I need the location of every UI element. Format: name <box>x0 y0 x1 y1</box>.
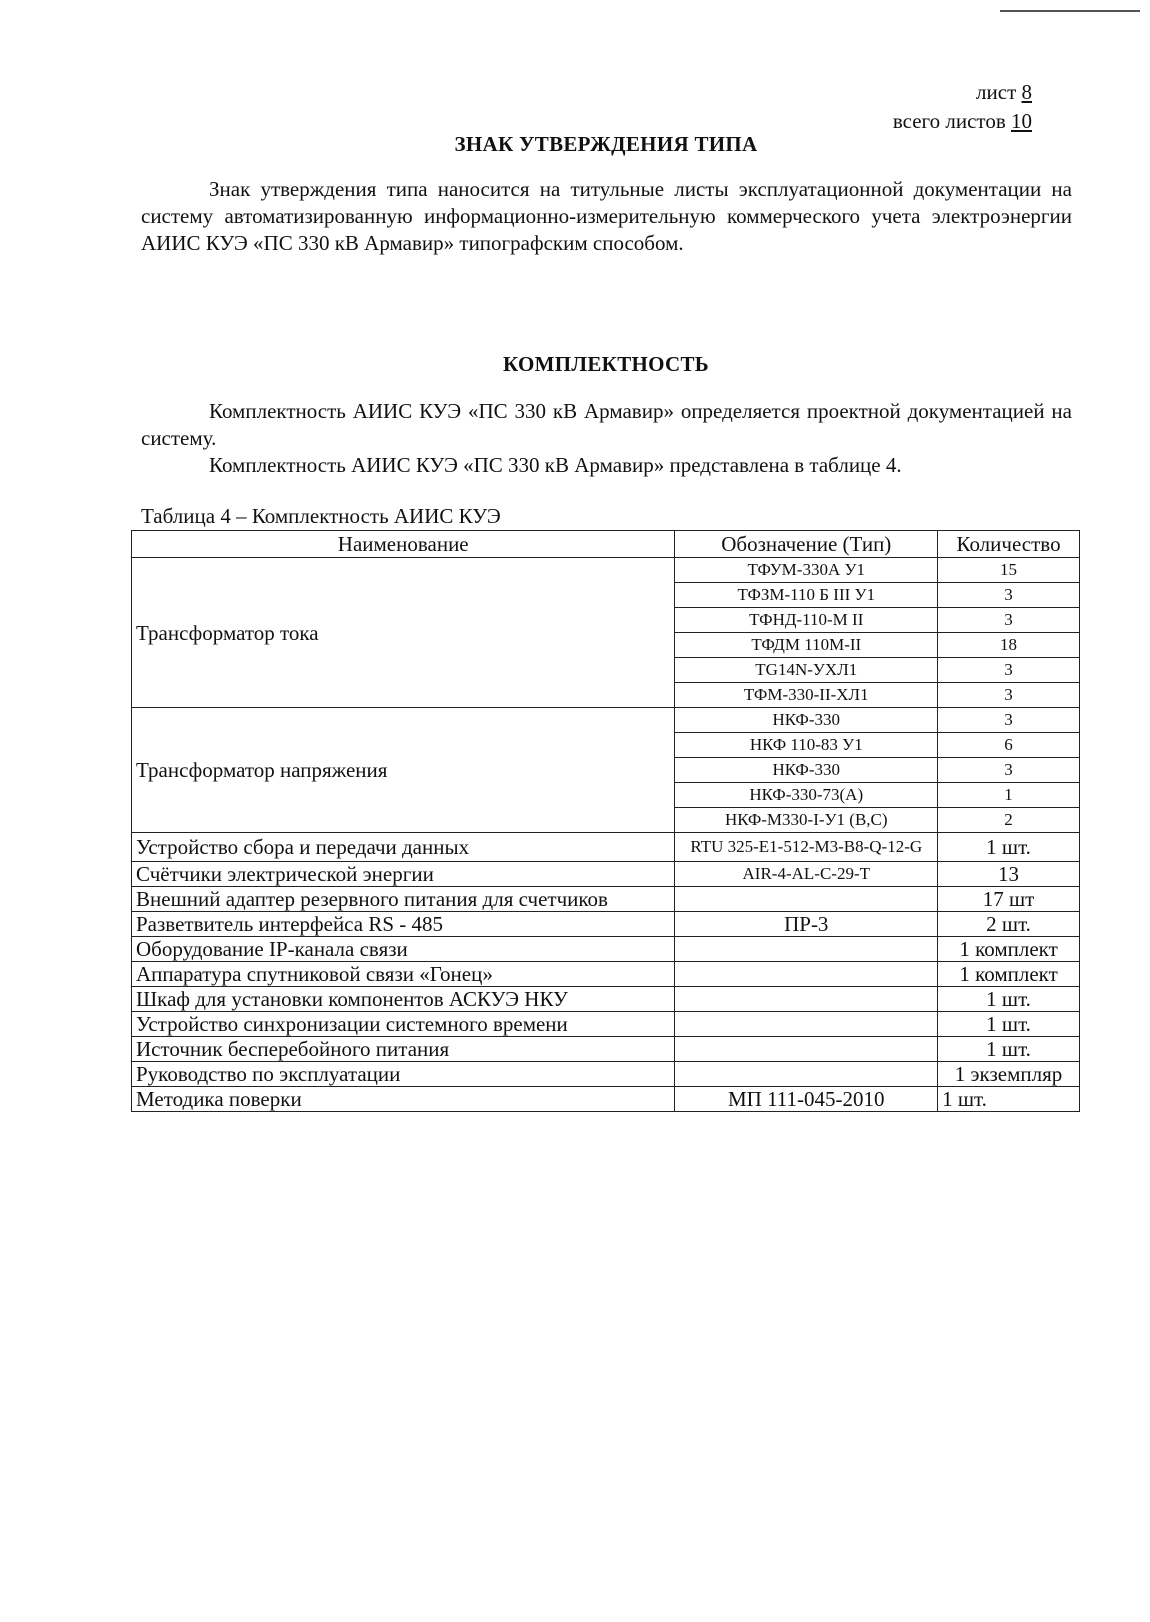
table-row: Устройство сбора и передачи данных RTU 3… <box>132 833 1080 862</box>
type-cell <box>675 987 938 1012</box>
qty-cell: 2 <box>938 808 1080 833</box>
type-cell <box>675 1037 938 1062</box>
qty-cell: 3 <box>938 608 1080 633</box>
table-header-row: Наименование Обозначение (Тип) Количеств… <box>132 531 1080 558</box>
table-row: Счётчики электрической энергии AIR-4-AL-… <box>132 862 1080 887</box>
item-name: Счётчики электрической энергии <box>132 862 675 887</box>
table-row: Руководство по эксплуатации 1 экземпляр <box>132 1062 1080 1087</box>
completeness-text-2: Комплектность АИИС КУЭ «ПС 330 кВ Армави… <box>209 453 902 477</box>
item-name: Разветвитель интерфейса RS - 485 <box>132 912 675 937</box>
type-cell: НКФ-М330-I-У1 (В,С) <box>675 808 938 833</box>
table-row: Трансформатор тока ТФУМ-330А У1 15 <box>132 558 1080 583</box>
table-row: Разветвитель интерфейса RS - 485 ПР-3 2 … <box>132 912 1080 937</box>
item-name: Внешний адаптер резервного питания для с… <box>132 887 675 912</box>
item-name: Оборудование IP-канала связи <box>132 937 675 962</box>
item-name: Руководство по эксплуатации <box>132 1062 675 1087</box>
item-name: Аппаратура спутниковой связи «Гонец» <box>132 962 675 987</box>
item-name: Методика поверки <box>132 1087 675 1112</box>
table-caption: Таблица 4 – Комплектность АИИС КУЭ <box>141 504 501 529</box>
type-cell <box>675 1062 938 1087</box>
table-row: Устройство синхронизации системного врем… <box>132 1012 1080 1037</box>
type-cell: ТФУМ-330А У1 <box>675 558 938 583</box>
total-number: 10 <box>1011 109 1032 133</box>
sheet-info: лист 8 всего листов 10 <box>893 78 1032 136</box>
qty-cell: 1 шт. <box>938 1037 1080 1062</box>
type-cell: TG14N-УХЛ1 <box>675 658 938 683</box>
type-cell: ТФМ-330-II-ХЛ1 <box>675 683 938 708</box>
qty-cell: 1 шт. <box>938 833 1080 862</box>
completeness-paragraph-1: Комплектность АИИС КУЭ «ПС 330 кВ Армави… <box>141 398 1072 452</box>
type-cell: ТФНД-110-М II <box>675 608 938 633</box>
type-cell: НКФ-330 <box>675 708 938 733</box>
qty-cell: 1 <box>938 783 1080 808</box>
table-row: Методика поверки МП 111-045-2010 1 шт. <box>132 1087 1080 1112</box>
header-qty: Количество <box>938 531 1080 558</box>
header-type: Обозначение (Тип) <box>675 531 938 558</box>
header-name: Наименование <box>132 531 675 558</box>
type-cell <box>675 1012 938 1037</box>
sheet-label: лист <box>976 80 1016 104</box>
group-name: Трансформатор тока <box>132 558 675 708</box>
qty-cell: 2 шт. <box>938 912 1080 937</box>
type-cell: ТФЗМ-110 Б III У1 <box>675 583 938 608</box>
qty-cell: 1 шт. <box>938 1012 1080 1037</box>
type-cell: НКФ-330 <box>675 758 938 783</box>
qty-cell: 18 <box>938 633 1080 658</box>
qty-cell: 6 <box>938 733 1080 758</box>
sheet-number: 8 <box>1022 80 1033 104</box>
type-cell <box>675 937 938 962</box>
item-name: Шкаф для установки компонентов АСКУЭ НКУ <box>132 987 675 1012</box>
completeness-text-1: Комплектность АИИС КУЭ «ПС 330 кВ Армави… <box>141 399 1072 450</box>
total-label: всего листов <box>893 109 1006 133</box>
item-name: Устройство синхронизации системного врем… <box>132 1012 675 1037</box>
section-title-completeness: КОМПЛЕКТНОСТЬ <box>0 352 1150 377</box>
type-cell: AIR-4-AL-C-29-T <box>675 862 938 887</box>
type-approval-paragraph: Знак утверждения типа наносится на титул… <box>141 176 1072 257</box>
type-cell: НКФ 110-83 У1 <box>675 733 938 758</box>
type-cell: ТФДМ 110М-II <box>675 633 938 658</box>
type-cell: RTU 325-E1-512-M3-B8-Q-12-G <box>675 833 938 862</box>
qty-cell: 3 <box>938 683 1080 708</box>
item-name: Источник бесперебойного питания <box>132 1037 675 1062</box>
qty-cell: 3 <box>938 758 1080 783</box>
qty-cell: 1 шт. <box>938 987 1080 1012</box>
qty-cell: 1 комплект <box>938 962 1080 987</box>
completeness-paragraph-2: Комплектность АИИС КУЭ «ПС 330 кВ Армави… <box>141 452 1072 479</box>
type-cell <box>675 962 938 987</box>
qty-cell: 1 экземпляр <box>938 1062 1080 1087</box>
qty-cell: 1 комплект <box>938 937 1080 962</box>
qty-cell: 3 <box>938 708 1080 733</box>
scan-edge-line <box>1000 10 1140 12</box>
table-row: Аппаратура спутниковой связи «Гонец» 1 к… <box>132 962 1080 987</box>
table-row: Внешний адаптер резервного питания для с… <box>132 887 1080 912</box>
type-cell: ПР-3 <box>675 912 938 937</box>
qty-cell: 13 <box>938 862 1080 887</box>
table-row: Трансформатор напряжения НКФ-330 3 <box>132 708 1080 733</box>
table-row: Шкаф для установки компонентов АСКУЭ НКУ… <box>132 987 1080 1012</box>
qty-cell: 1 шт. <box>938 1087 1080 1112</box>
type-cell <box>675 887 938 912</box>
table-row: Источник бесперебойного питания 1 шт. <box>132 1037 1080 1062</box>
qty-cell: 15 <box>938 558 1080 583</box>
qty-cell: 17 шт <box>938 887 1080 912</box>
type-cell: МП 111-045-2010 <box>675 1087 938 1112</box>
type-approval-text: Знак утверждения типа наносится на титул… <box>141 177 1072 255</box>
qty-cell: 3 <box>938 658 1080 683</box>
item-name: Устройство сбора и передачи данных <box>132 833 675 862</box>
section-title-type-approval: ЗНАК УТВЕРЖДЕНИЯ ТИПА <box>0 132 1150 157</box>
qty-cell: 3 <box>938 583 1080 608</box>
type-cell: НКФ-330-73(А) <box>675 783 938 808</box>
group-name: Трансформатор напряжения <box>132 708 675 833</box>
completeness-table: Наименование Обозначение (Тип) Количеств… <box>131 530 1080 1112</box>
table-row: Оборудование IP-канала связи 1 комплект <box>132 937 1080 962</box>
